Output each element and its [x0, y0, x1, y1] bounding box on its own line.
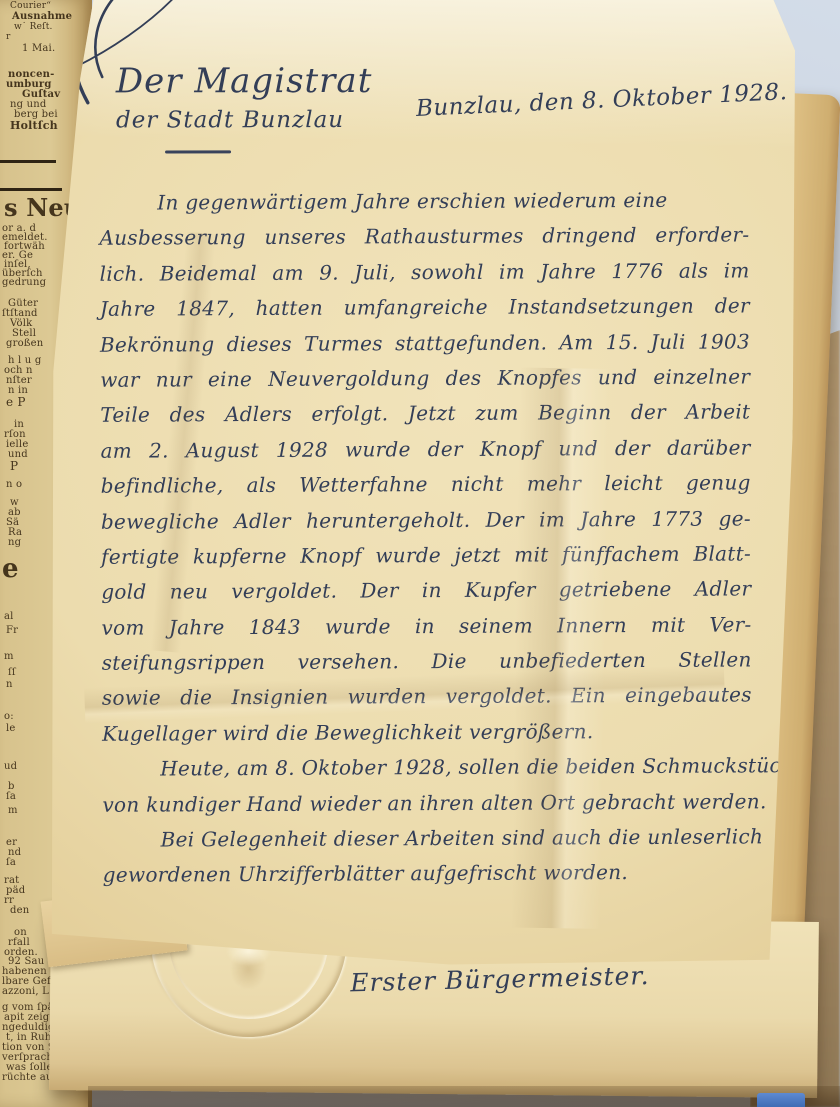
newspaper-text-fragment: e [2, 556, 19, 582]
handwritten-line: Bekrönung dieses Turmes stattgefunden. A… [100, 324, 750, 363]
letter-body: In gegenwärtigem Jahre erschien wiederum… [99, 182, 753, 893]
newspaper-divider [0, 160, 56, 163]
handwritten-line: steifungsrippen versehen. Die unbefieder… [102, 642, 752, 681]
handwritten-line: befindliche, als Wetterfahne nicht mehr … [101, 466, 751, 505]
handwritten-line: bewegliche Adler heruntergeholt. Der im … [101, 501, 751, 540]
paper-shadow [88, 1086, 840, 1107]
handwritten-line: Bei Gelegenheit dieser Arbeiten sind auc… [102, 819, 752, 858]
handwritten-line: sowie die Insignien wurden vergoldet. Ei… [102, 678, 752, 717]
newspaper-divider [0, 188, 62, 191]
newspaper-text-fragment: azzoni, L [2, 987, 49, 997]
newspaper-text-fragment: m [4, 652, 14, 662]
newspaper-text-fragment: e P [6, 396, 26, 408]
newspaper-text-fragment: m [8, 806, 18, 816]
newspaper-text-fragment: ſa [6, 792, 16, 802]
newspaper-text-fragment: ng [8, 538, 21, 548]
handwritten-line: am 2. August 1928 wurde der Knopf und de… [100, 430, 750, 469]
newspaper-text-fragment: ud [4, 762, 17, 772]
newspaper-text-fragment: n o [6, 480, 22, 490]
newspaper-text-fragment: n [6, 680, 13, 690]
sender-city: der Stadt Bunzlau [116, 107, 373, 133]
handwritten-line: Teile des Adlers erfolgt. Jetzt zum Begi… [100, 395, 750, 434]
newspaper-text-fragment: r [6, 33, 11, 42]
newspaper-text-fragment: w˙ Reſt. [14, 23, 53, 32]
newspaper-text-fragment: al [4, 612, 14, 622]
signature-title: Erster Bürgermeister. [350, 961, 650, 997]
newspaper-text-fragment: le [6, 724, 16, 734]
newspaper-text-fragment: 1 Mai. [22, 44, 55, 54]
letter-sheet: Der Magistrat der Stadt Bunzlau Bunzlau,… [40, 0, 799, 970]
sender-block: Der Magistrat der Stadt Bunzlau [116, 61, 373, 133]
newspaper-text-fragment: Holtſch [10, 120, 58, 131]
handwritten-line: gewordenen Uhrzifferblätter aufgefrischt… [103, 855, 753, 894]
handwritten-line: lich. Beidemal am 9. Juli, sowohl im Jah… [100, 253, 750, 292]
sender-name: Der Magistrat [116, 61, 373, 101]
handwritten-line: Kugellager wird die Beweglichkeit vergrö… [102, 713, 752, 752]
newspaper-text-fragment: P [10, 460, 18, 472]
blue-object-edge [757, 1093, 805, 1107]
newspaper-text-fragment: den [10, 906, 29, 916]
dateline: Bunzlau, den 8. Oktober 1928. [415, 81, 746, 122]
newspaper-text-fragment: Courier“ [10, 2, 51, 11]
handwritten-line: Heute, am 8. Oktober 1928, sollen die be… [102, 749, 752, 788]
newspaper-text-fragment: Fr [6, 626, 18, 636]
handwritten-line: In gegenwärtigem Jahre erschien wiederum… [99, 182, 749, 221]
newspaper-text-fragment: ſa [6, 858, 16, 868]
newspaper-text-fragment: großen [6, 339, 43, 349]
handwritten-line: gold neu vergoldet. Der in Kupfer getrie… [101, 572, 751, 611]
newspaper-text-fragment: gedrung [2, 278, 46, 288]
newspaper-text-fragment: Ausnahme [12, 12, 72, 22]
handwritten-line: Jahre 1847, hatten umfangreiche Instands… [100, 289, 750, 328]
handwritten-line: war nur eine Neuvergoldung des Knopfes u… [100, 359, 750, 398]
handwritten-line: fertigte kupferne Knopf wurde jetzt mit … [101, 536, 751, 575]
newspaper-text-fragment: o: [4, 712, 14, 722]
handwritten-line: von kundiger Hand wieder an ihren alten … [102, 784, 752, 823]
handwritten-line: vom Jahre 1843 wurde in seinem Innern mi… [101, 607, 751, 646]
photo-of-document: ~ʺnJanigb Courier“Ausnahmew˙ Reſt.r1 Mai… [0, 0, 840, 1107]
sender-underline [165, 150, 231, 153]
newspaper-text-fragment: ſſ [8, 668, 16, 678]
handwritten-line: Ausbesserung unseres Rathausturmes dring… [99, 218, 749, 257]
